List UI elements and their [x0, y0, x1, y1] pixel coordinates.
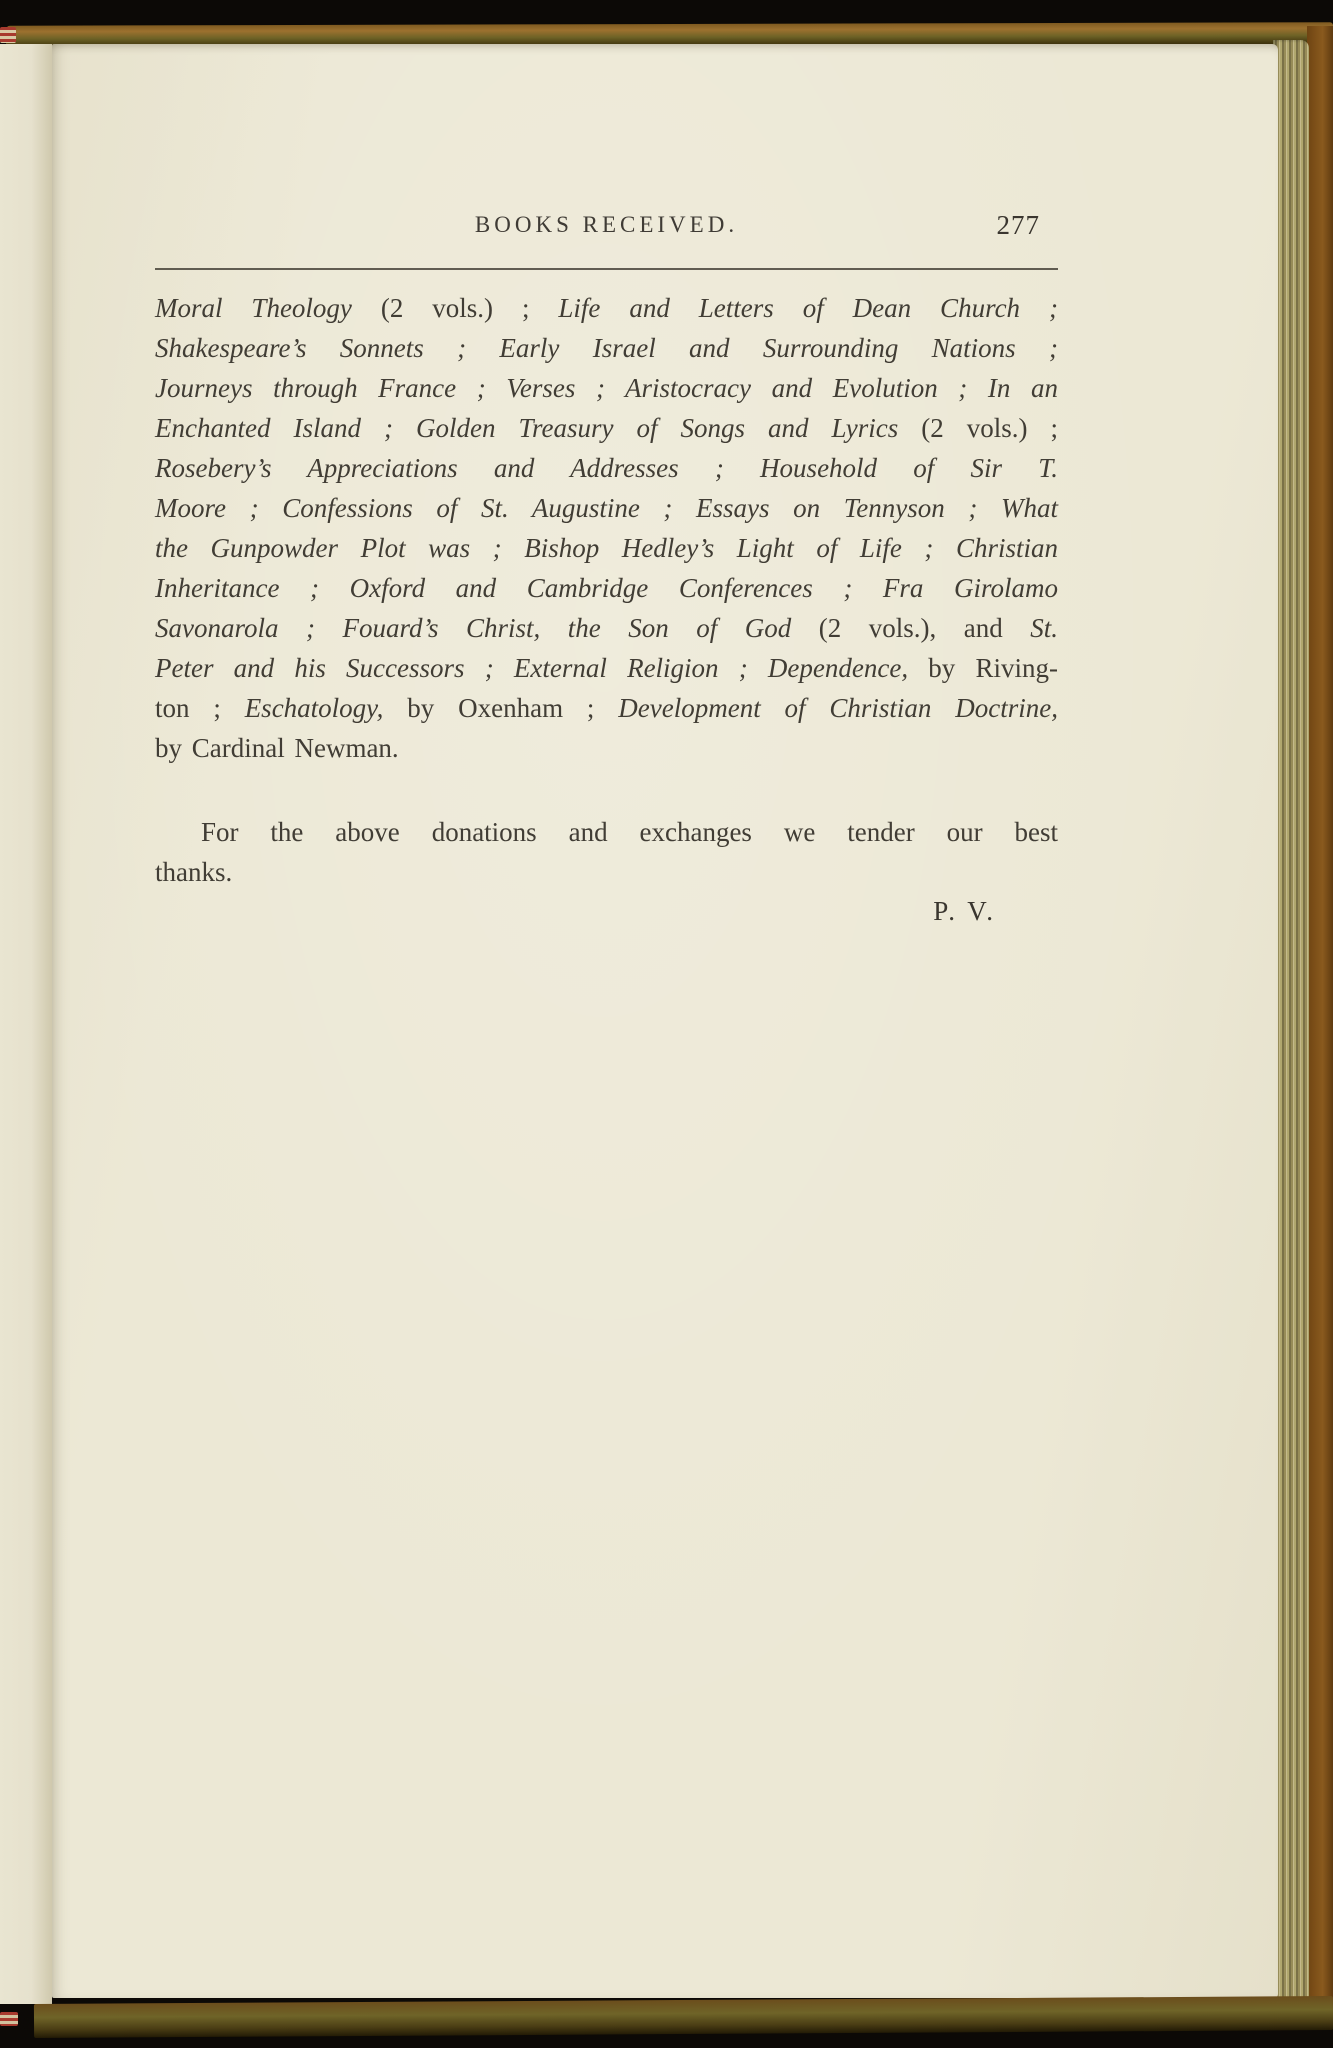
text-line: Shakespeare’s Sonnets ; Early Israel and…: [155, 328, 1058, 368]
book-title-segment: Peter and his Successors ; External Reli…: [155, 653, 908, 683]
book-title-segment: Moore ; Confessions of St. Augustine ; E…: [155, 493, 1058, 523]
text-line: Rosebery’s Appreciations and Addresses ;…: [155, 448, 1058, 488]
page-fore-edge-stack: [1273, 40, 1309, 2020]
plain-text-segment: ton ;: [155, 693, 245, 723]
text-line: For the above donations and exchanges we…: [155, 812, 1058, 852]
book-title-segment: Savonarola ; Fouard’s Christ, the Son of…: [155, 613, 791, 643]
text-line: thanks.: [155, 852, 1058, 892]
plain-text-segment: (2 vols.) ;: [352, 293, 558, 323]
text-line: Moral Theology (2 vols.) ; Life and Lett…: [155, 288, 1058, 328]
text-line: Enchanted Island ; Golden Treasury of So…: [155, 408, 1058, 448]
book-title-segment: St.: [1030, 613, 1058, 643]
book-title-segment: Life and Letters of Dean Church ;: [558, 293, 1058, 323]
facing-page-gutter: [0, 44, 52, 2004]
page-number: 277: [997, 210, 1041, 240]
plain-text-segment: by Oxenham ;: [383, 693, 618, 723]
plain-text-segment: (2 vols.) ;: [898, 413, 1058, 443]
text-line: Inheritance ; Oxford and Cambridge Confe…: [155, 568, 1058, 608]
page-header: BOOKS RECEIVED. 277: [155, 210, 1058, 240]
headband-top: [0, 27, 16, 43]
book-page: BOOKS RECEIVED. 277 Moral Theology (2 vo…: [52, 44, 1278, 1998]
page-content: BOOKS RECEIVED. 277 Moral Theology (2 vo…: [52, 44, 1278, 927]
text-line: ton ; Eschatology, by Oxenham ; Developm…: [155, 688, 1058, 728]
text-line: Journeys through France ; Verses ; Arist…: [155, 368, 1058, 408]
book-title-segment: Enchanted Island ; Golden Treasury of So…: [155, 413, 898, 443]
text-line: Savonarola ; Fouard’s Christ, the Son of…: [155, 608, 1058, 648]
book-title-segment: Development of Christian Doctrine,: [618, 693, 1058, 723]
running-title: BOOKS RECEIVED.: [155, 210, 1058, 240]
headband-bottom: [0, 2012, 18, 2026]
header-rule: [155, 268, 1058, 270]
book-title-segment: Shakespeare’s Sonnets ; Early Israel and…: [155, 333, 1058, 363]
text-line: by Cardinal Newman.: [155, 728, 1058, 768]
book-title-segment: Rosebery’s Appreciations and Addresses ;…: [155, 453, 1058, 483]
photo-backdrop: BOOKS RECEIVED. 277 Moral Theology (2 vo…: [0, 0, 1333, 2048]
book-title-segment: Inheritance ; Oxford and Cambridge Confe…: [155, 573, 1058, 603]
plain-text-segment: by Cardinal Newman.: [155, 733, 399, 763]
plain-text-segment: by Riving-: [908, 653, 1058, 683]
text-line: Peter and his Successors ; External Reli…: [155, 648, 1058, 688]
text-line: the Gunpowder Plot was ; Bishop Hedley’s…: [155, 528, 1058, 568]
book-title-segment: Moral Theology: [155, 293, 352, 323]
books-received-paragraph: Moral Theology (2 vols.) ; Life and Lett…: [155, 288, 1058, 768]
thanks-paragraph: For the above donations and exchanges we…: [155, 812, 1058, 892]
book-title-segment: Eschatology,: [245, 693, 384, 723]
book-title-segment: the Gunpowder Plot was ; Bishop Hedley’s…: [155, 533, 1058, 563]
book-bottom-binding: [34, 1996, 1333, 2038]
text-line: Moore ; Confessions of St. Augustine ; E…: [155, 488, 1058, 528]
book-title-segment: Journeys through France ; Verses ; Arist…: [155, 373, 1058, 403]
plain-text-segment: (2 vols.), and: [791, 613, 1030, 643]
signature-initials: P. V.: [155, 896, 1058, 927]
book-cover-right-edge: [1307, 26, 1333, 2028]
